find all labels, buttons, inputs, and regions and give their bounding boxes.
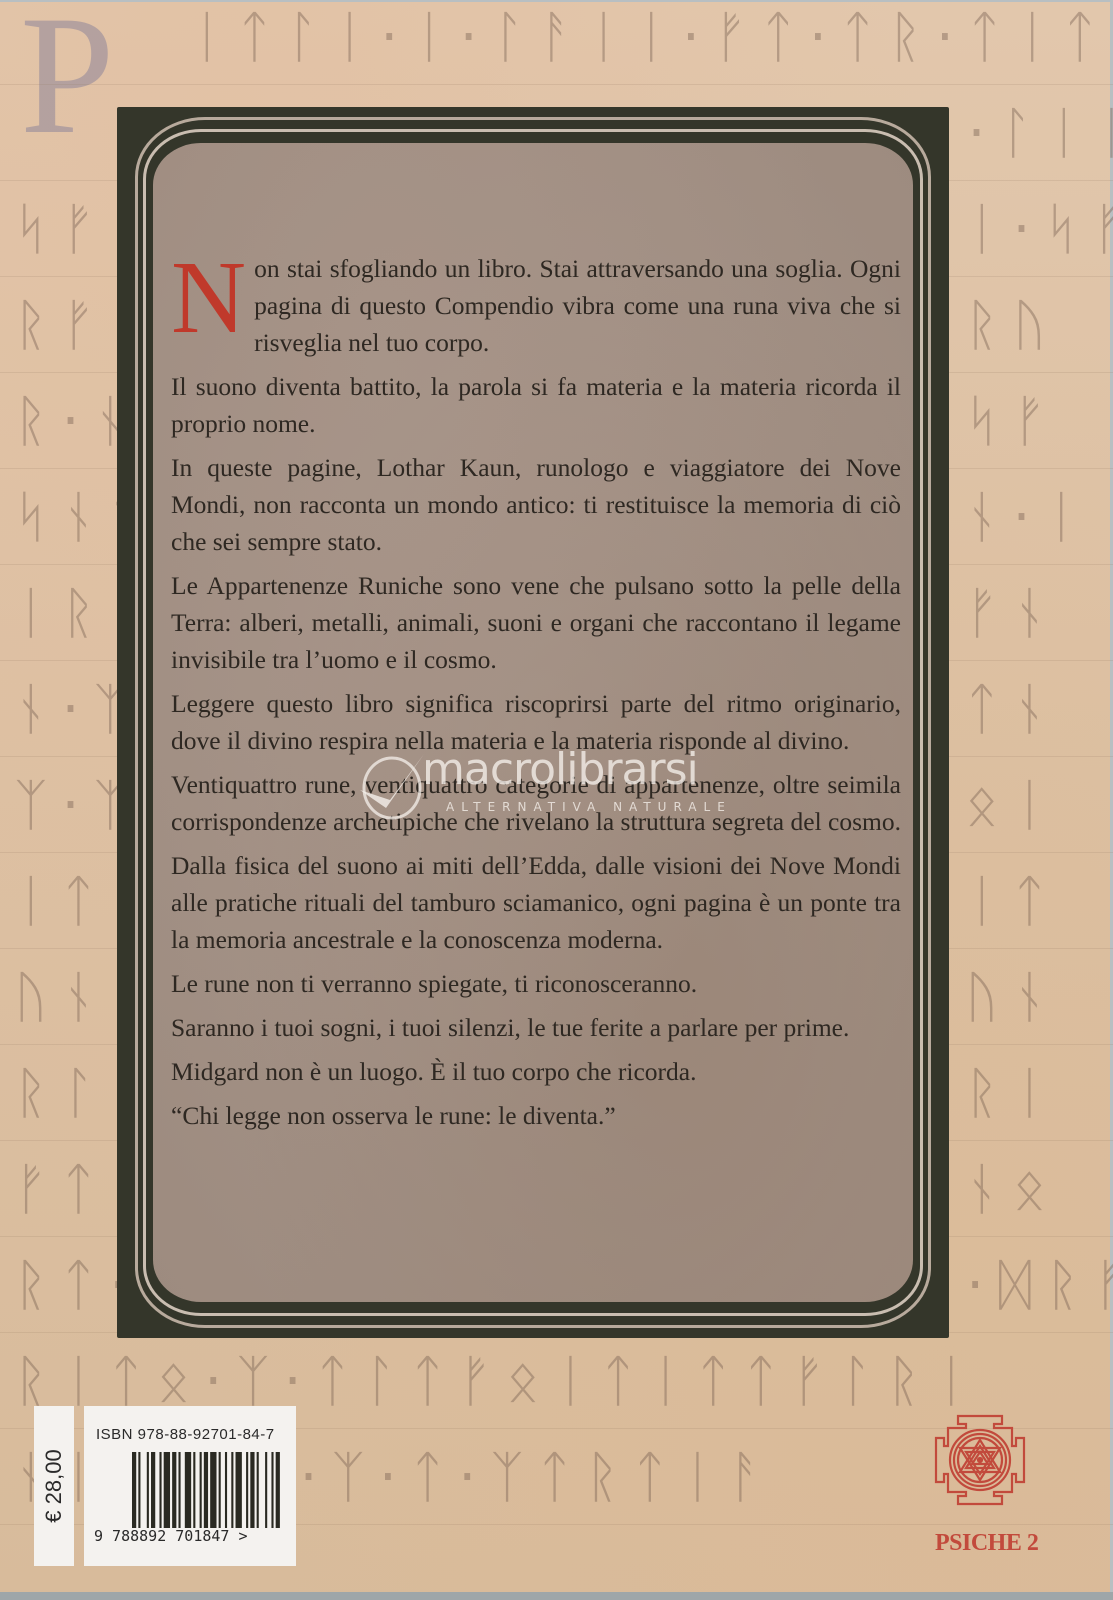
macrolibrarsi-watermark: macrolibrarsi ALTERNATIVA NATURALE (352, 748, 752, 828)
scan-edge-top (0, 0, 1113, 2)
scan-edge-bottom (0, 1592, 1113, 1600)
paragraph-7: Dalla fisica del suono ai miti dell’Edda… (171, 847, 901, 958)
barcode-digits: 9 788892 701847 > (94, 1527, 248, 1545)
book-back-cover: P ᛁᛏᛚᛁ·ᛁ·ᛚᚨᛁᛁ·ᚠᛏ·ᛏᚱ·ᛏᛁᛏᛁᚱᚦᛁᚦ·ᛁ·ᚹᛁᛚᛁᛚᛁᛁᛚᛁ… (0, 0, 1113, 1600)
watermark-tagline: ALTERNATIVA NATURALE (446, 800, 732, 814)
paragraph-9: Saranno i tuoi sogni, i tuoi silenzi, le… (171, 1009, 901, 1046)
paragraph-10: Midgard non è un luogo. È il tuo corpo c… (171, 1053, 901, 1090)
closing-quote: “Chi legge non osserva le rune: le diven… (171, 1097, 901, 1134)
price-label: € 28,00 (34, 1406, 74, 1566)
barcode-label: ISBN 978-88-92701-84-7 9 788892 701847 > (84, 1406, 296, 1566)
blurb-text: Non stai sfogliando un libro. Stai attra… (171, 250, 901, 1141)
rune-row: ᚱᛁᛏᛟ·ᛉ·ᛏᛚᛏᚠᛟᛁᛏᛁᛏᛏᚠᛚᚱᛁ (0, 1354, 1113, 1410)
paragraph-4: Le Appartenenze Runiche sono vene che pu… (171, 567, 901, 678)
rune-row: ᛁᛏᛚᛁ·ᛁ·ᛚᚨᛁᛁ·ᚠᛏ·ᛏᚱ·ᛏᛁᛏᛁᚱ (0, 10, 1113, 66)
rule-line (0, 84, 1113, 85)
checkmark-circle-icon (352, 750, 432, 820)
sri-yantra-icon (930, 1410, 1030, 1510)
paragraph-3: In queste pagine, Lothar Kaun, runologo … (171, 449, 901, 560)
isbn-text: ISBN 978-88-92701-84-7 (96, 1426, 275, 1443)
paragraph-2: Il suono diventa battito, la parola si f… (171, 368, 901, 442)
paragraph-8: Le rune non ti verranno spiegate, ti ric… (171, 965, 901, 1002)
dropcap: N (171, 256, 246, 340)
barcode-icon (132, 1452, 282, 1536)
price-text: € 28,00 (41, 1449, 67, 1522)
paragraph-1: Non stai sfogliando un libro. Stai attra… (171, 250, 901, 361)
paragraph-1-text: on stai sfogliando un libro. Stai attrav… (254, 254, 901, 357)
publisher-name: PSICHE 2 (935, 1530, 1038, 1557)
watermark-brand: macrolibrarsi (422, 748, 698, 792)
